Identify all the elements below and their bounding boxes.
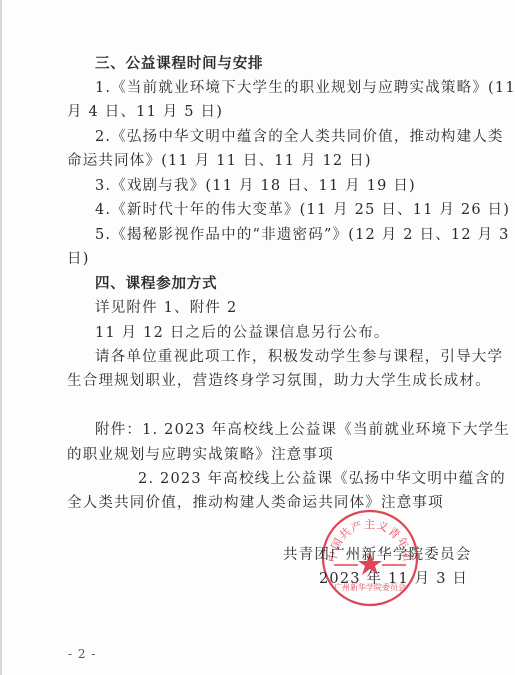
section-3-heading: 三、公益课程时间与安排 <box>95 55 263 73</box>
course-item-2-line-1: 2.《弘扬中华文明中蕴含的全人类共同价值，推动构建人类 <box>95 128 504 146</box>
attachment-1-line-2: 的职业规划与应聘实战策略》注意事项 <box>67 446 334 464</box>
attachment-1-line-1: 附件：1. 2023 年高校线上公益课《当前就业环境下大学生 <box>95 421 510 439</box>
instruction-paragraph-line-1: 请各单位重视此项工作，积极发动学生参与课程，引导大学 <box>95 348 503 366</box>
see-attachments-text: 详见附件 1、附件 2 <box>95 299 237 317</box>
course-item-3: 3.《戏剧与我》(11 月 18 日、11 月 19 日) <box>95 177 416 195</box>
course-item-4: 4.《新时代十年的伟大变革》(11 月 25 日、11 月 26 日) <box>95 201 510 219</box>
issuing-organization: 共青团广州新华学院委员会 <box>283 546 471 564</box>
course-item-1-line-2: 月 4 日、11 月 5 日) <box>67 103 223 121</box>
course-item-1-line-1: 1.《当前就业环境下大学生的职业规划与应聘实战策略》(11 <box>95 79 515 97</box>
course-item-2-line-2: 命运共同体》(11 月 11 日、11 月 12 日) <box>67 152 372 170</box>
issue-date: 2023 年 11 月 3 日 <box>319 570 468 588</box>
course-item-5-line-1: 5.《揭秘影视作品中的“非遗密码”》(12 月 2 日、12 月 3 <box>95 226 510 244</box>
section-4-heading: 四、课程参加方式 <box>95 275 217 293</box>
page-number: - 2 - <box>68 647 96 661</box>
attachment-2-line-2: 全人类共同价值，推动构建人类命运共同体》注意事项 <box>67 494 444 512</box>
document-page: 三、公益课程时间与安排 1.《当前就业环境下大学生的职业规划与应聘实战策略》(1… <box>0 0 515 675</box>
attachment-2-line-1: 2. 2023 年高校线上公益课《弘扬中华文明中蕴含的 <box>138 470 506 488</box>
instruction-paragraph-line-2: 生合理规划职业，营造终身学习氛围，助力大学生成长成材。 <box>67 372 491 390</box>
announcement-text: 11 月 12 日之后的公益课信息另行公布。 <box>95 324 390 342</box>
course-item-5-line-2: 日) <box>67 250 90 268</box>
